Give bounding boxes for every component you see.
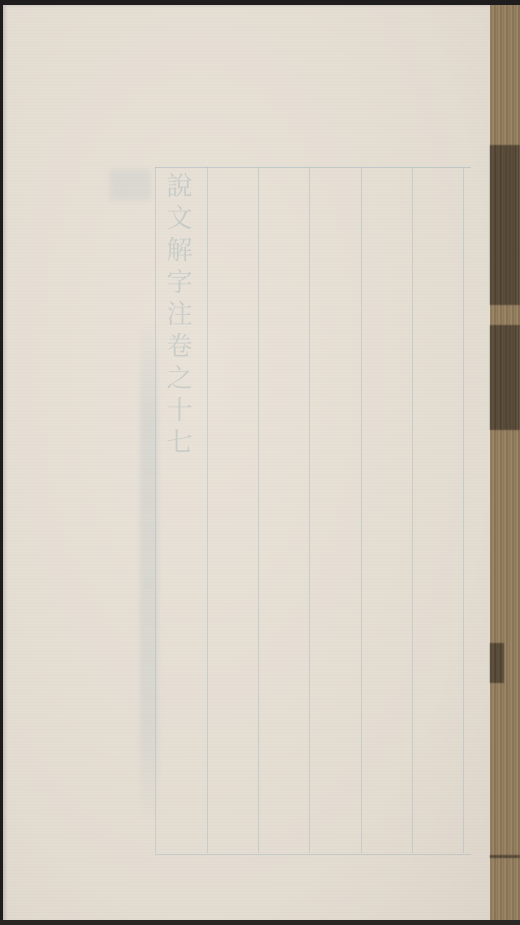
column-rule bbox=[207, 167, 208, 853]
edge-ink-mark bbox=[490, 643, 504, 683]
column-rule bbox=[258, 167, 259, 853]
column-rule bbox=[309, 167, 310, 853]
column-rule bbox=[463, 167, 464, 853]
edge-ink-mark bbox=[490, 325, 520, 430]
bleed-through-title: 說文解字注卷之十七 bbox=[166, 172, 196, 460]
column-rule bbox=[412, 167, 413, 853]
book-fore-edge bbox=[490, 5, 520, 925]
column-rule bbox=[155, 167, 156, 853]
edge-ink-mark bbox=[490, 855, 520, 858]
page-border-frame bbox=[155, 167, 471, 855]
bleed-through-smudge bbox=[110, 170, 150, 200]
column-rule bbox=[361, 167, 362, 853]
edge-ink-mark bbox=[490, 145, 520, 305]
scan-bottom-edge bbox=[0, 920, 520, 925]
